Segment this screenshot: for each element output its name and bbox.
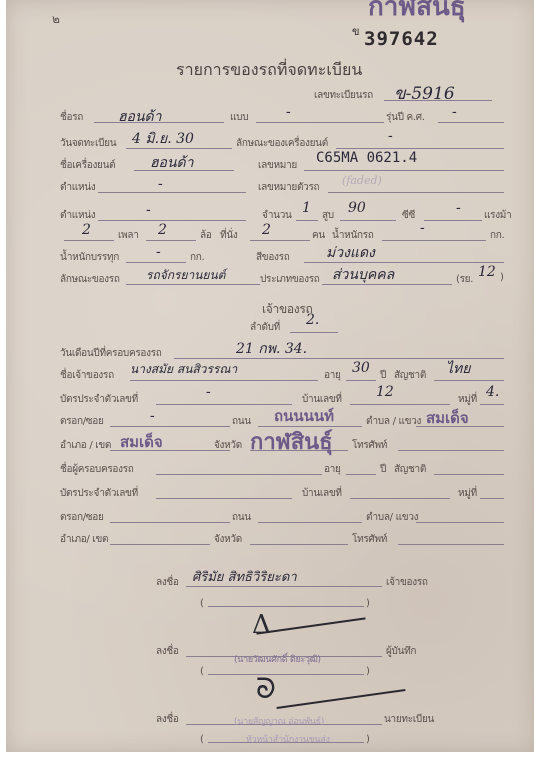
owner-tambon-value: สมเด็จ bbox=[426, 406, 469, 430]
owner-moo-label: หมู่ที่ bbox=[458, 392, 477, 407]
document-title: รายการของรถที่จดทะเบียน bbox=[176, 58, 362, 83]
page-number: ๒ bbox=[52, 10, 60, 29]
load-label: น้ำหนักบรรทุก bbox=[60, 250, 119, 265]
owner-date-value: 21 กพ. 34. bbox=[236, 338, 307, 360]
possessor-soi-label: ตรอก/ซอย bbox=[60, 510, 104, 525]
position1-value: - bbox=[158, 176, 163, 192]
owner-phone-label: โทรศัพท์ bbox=[352, 438, 387, 453]
person-label: คน bbox=[312, 228, 325, 243]
owner-age-label: อายุ bbox=[324, 368, 341, 383]
cc-label: ซีซี bbox=[402, 208, 415, 223]
possessor-name-label: ชื่อผู้ครอบครองรถ bbox=[60, 462, 134, 477]
rs-label: (รย. bbox=[456, 272, 473, 287]
body-label: ลักษณะของรถ bbox=[60, 272, 120, 287]
owner-name-label: ชื่อเจ้าของรถ bbox=[60, 368, 114, 383]
paren-close: ) bbox=[366, 734, 370, 745]
possessor-house-label: บ้านเลขที่ bbox=[302, 486, 342, 501]
owner-signature: ศิริมัย สิทธิวิริยะดา bbox=[192, 566, 297, 587]
owner-name-value: นางสมัย สนสิวรรณา bbox=[130, 360, 237, 379]
hp-value: 2 bbox=[82, 222, 91, 238]
owner-role-label: เจ้าของรถ bbox=[386, 575, 428, 590]
owner-province-label: จังหวัด bbox=[214, 438, 242, 453]
serial-prefix: ข bbox=[352, 22, 359, 40]
registrar-signature-mark: ᘐ bbox=[256, 672, 276, 706]
registration-document: ๒ กาฬสินธุ์ ข 397642 รายการของรถที่จดทะเ… bbox=[6, 0, 534, 752]
recorder-role-label: ผู้บันทึก bbox=[386, 644, 416, 659]
weight-kg-label: กก. bbox=[490, 228, 504, 243]
kind-label: ประเภทของรถ bbox=[260, 272, 320, 287]
qty-label: จำนวน bbox=[262, 208, 292, 223]
paren-open: ( bbox=[200, 598, 204, 609]
hp-label: แรงม้า bbox=[484, 208, 511, 223]
owner-id-label: บัตรประจำตัวเลขที่ bbox=[60, 392, 138, 407]
registrar-sign-label: ลงชื่อ bbox=[156, 712, 179, 727]
owner-moo-value: 4. bbox=[486, 384, 499, 400]
owner-soi-label: ตรอก/ซอย bbox=[60, 414, 104, 429]
kind-value: ส่วนบุคคล bbox=[332, 264, 394, 286]
owner-age-value: 30 bbox=[352, 360, 370, 376]
owner-tambon-label: ตำบล / แขวง bbox=[366, 414, 421, 429]
owner-province-value: กาฬสินธุ์ bbox=[250, 424, 333, 459]
engine-brand-label: ชื่อเครื่องยนต์ bbox=[60, 158, 115, 173]
color-value: ม่วงแดง bbox=[326, 242, 375, 264]
cylinder-label: สูบ bbox=[322, 208, 334, 223]
engine-type-value: - bbox=[388, 128, 393, 144]
load-kg-label: กก. bbox=[190, 250, 204, 265]
owner-nation-label: สัญชาติ bbox=[394, 368, 426, 383]
reg-date-value: 4 มิ.ย. 30 bbox=[132, 128, 194, 150]
possessor-tambon-label: ตำบล/ แขวง bbox=[366, 510, 418, 525]
recorder-name-stamp: (นายวัฒนศักดิ์ ติยะวุฒิ) bbox=[234, 652, 321, 666]
type-label: แบบ bbox=[230, 110, 248, 125]
recorder-sign-label: ลงชื่อ bbox=[156, 644, 179, 659]
rs-value: 12 bbox=[478, 264, 496, 280]
chassis-no-value: (faded) bbox=[342, 174, 382, 187]
owner-road-label: ถนน bbox=[232, 414, 251, 429]
owner-year-label: ปี bbox=[380, 368, 386, 383]
chassis-no-label: เลขหมายตัวรถ bbox=[258, 180, 319, 195]
seat-value: 2 bbox=[262, 222, 271, 238]
possessor-age-label: อายุ bbox=[324, 462, 341, 477]
recorder-signature-mark: Δ bbox=[252, 610, 271, 640]
owner-amphoe-value: สมเด็จ bbox=[120, 430, 163, 454]
possessor-amphoe-label: อำเภอ/ เขต bbox=[60, 532, 108, 547]
registrar-role-label: นายทะเบียน bbox=[384, 712, 434, 727]
engine-brand-value: ฮอนด้า bbox=[150, 152, 193, 174]
axle-label: เพลา bbox=[118, 228, 139, 243]
possessor-phone-label: โทรศัพท์ bbox=[352, 532, 387, 547]
owner-section-title: เจ้าของรถ bbox=[262, 300, 312, 319]
possessor-nation-label: สัญชาติ bbox=[394, 462, 426, 477]
color-label: สีของรถ bbox=[256, 250, 289, 265]
body-value: รถจักรยานยนต์ bbox=[146, 266, 225, 285]
paren-open: ( bbox=[200, 666, 204, 677]
owner-soi-value: - bbox=[150, 408, 155, 424]
owner-date-label: วันเดือนปีที่ครอบครองรถ bbox=[60, 346, 162, 361]
engine-no-value: C65MA 0621.4 bbox=[316, 150, 417, 166]
position1-label: ตำแหน่ง bbox=[60, 180, 95, 195]
paren-close: ) bbox=[366, 598, 370, 609]
model-year-value: - bbox=[452, 104, 457, 120]
weight-value: - bbox=[420, 220, 425, 236]
cc-value: - bbox=[456, 200, 461, 216]
registration-no-label: เลขทะเบียนรถ bbox=[314, 88, 373, 103]
rs-close: ) bbox=[500, 272, 504, 283]
province-stamp: กาฬสินธุ์ bbox=[368, 0, 466, 27]
model-year-label: รุ่นปี ค.ศ. bbox=[386, 110, 425, 125]
registration-no-value: ข-5916 bbox=[394, 80, 455, 107]
brand-label: ชื่อรถ bbox=[60, 110, 83, 125]
owner-nation-value: ไทย bbox=[446, 358, 470, 380]
brand-value: ฮอนด้า bbox=[118, 106, 161, 128]
type-value: - bbox=[286, 104, 291, 120]
serial-number: 397642 bbox=[364, 28, 439, 50]
owner-house-value: 12 bbox=[376, 384, 394, 400]
seat-label: ที่นั่ง bbox=[220, 228, 237, 243]
engine-type-label: ลักษณะของเครื่องยนต์ bbox=[236, 136, 328, 151]
cylinder-value: 90 bbox=[348, 200, 366, 216]
owner-amphoe-label: อำเภอ / เขต bbox=[60, 438, 111, 453]
position2-label: ตำแหน่ง bbox=[60, 208, 95, 223]
engine-no-label: เลขหมาย bbox=[258, 158, 297, 173]
position2-value: - bbox=[146, 202, 151, 218]
possessor-year-label: ปี bbox=[380, 462, 386, 477]
paren-close: ) bbox=[366, 666, 370, 677]
owner-id-value: - bbox=[206, 384, 211, 400]
registrar-office-stamp: หัวหน้าสำนักงานขนส่ง bbox=[246, 732, 330, 746]
possessor-moo-label: หมู่ที่ bbox=[458, 486, 477, 501]
wheel-label: ล้อ bbox=[200, 228, 212, 243]
possessor-province-label: จังหวัด bbox=[214, 532, 242, 547]
weight-label: น้ำหนักรถ bbox=[332, 228, 374, 243]
load-value: - bbox=[156, 244, 161, 260]
registrar-name-stamp: (นายสัญญาณ อ่อนพันธ์) bbox=[234, 714, 324, 728]
registrar-signature bbox=[276, 689, 405, 709]
reg-date-label: วันจดทะเบียน bbox=[60, 136, 116, 151]
paren-open: ( bbox=[200, 734, 204, 745]
order-label: ลำดับที่ bbox=[250, 320, 280, 335]
qty-value: 1 bbox=[302, 200, 311, 216]
possessor-id-label: บัตรประจำตัวเลขที่ bbox=[60, 486, 138, 501]
order-value: 2. bbox=[306, 312, 319, 328]
recorder-signature bbox=[256, 617, 365, 634]
possessor-road-label: ถนน bbox=[232, 510, 251, 525]
axle-value: 2 bbox=[158, 222, 167, 238]
owner-sign-label: ลงชื่อ bbox=[156, 575, 179, 590]
